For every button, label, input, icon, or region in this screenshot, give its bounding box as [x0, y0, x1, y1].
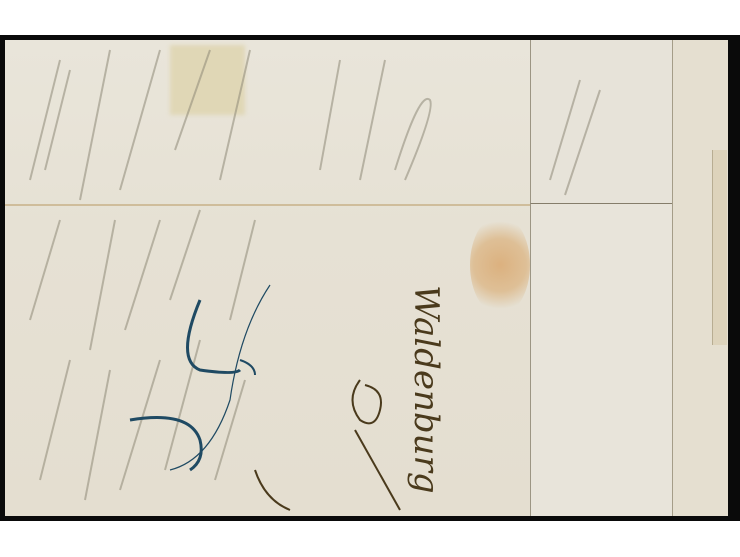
blue-ink-marking	[130, 285, 270, 470]
show-through-script	[30, 50, 600, 500]
handwriting-layer: Waldenburg	[0, 0, 740, 557]
address-script: Waldenburg	[255, 285, 446, 510]
svg-text:Waldenburg: Waldenburg	[406, 285, 446, 494]
